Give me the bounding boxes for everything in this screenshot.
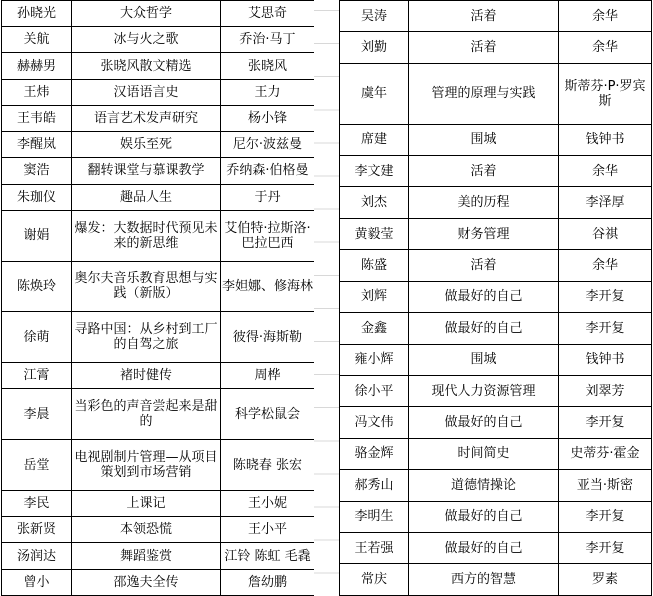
borrower-cell: 金鑫 [340, 313, 409, 344]
author-cell: 余华 [559, 1, 652, 32]
borrower-cell: 李文建 [340, 156, 409, 187]
table-row: 李民上课记王小妮 [2, 491, 315, 517]
table-row: 李晨当彩色的声音尝起来是甜的科学松鼠会 [2, 389, 315, 440]
left-book-table: 孙晓光大众哲学艾思奇关航冰与火之歌乔治·马丁赫赫男张晓风散文精选张晓风王炜汉语语… [1, 0, 315, 596]
author-cell: 艾伯特·拉斯洛·巴拉巴西 [221, 210, 315, 261]
table-row: 黄毅莹财务管理谷祺 [340, 218, 652, 249]
title-cell: 汉语语言史 [72, 79, 221, 105]
borrower-cell: 王炜 [2, 79, 72, 105]
borrower-cell: 曾小 [2, 569, 72, 595]
borrower-cell: 朱珈仪 [2, 184, 72, 210]
author-cell: 张晓风 [221, 53, 315, 79]
borrower-cell: 李晨 [2, 389, 72, 440]
title-cell: 邵逸夫全传 [72, 569, 221, 595]
title-cell: 美的历程 [409, 187, 559, 218]
author-cell: 李妲娜、修海林 [221, 261, 315, 312]
author-cell: 周桦 [221, 363, 315, 389]
borrower-cell: 孙晓光 [2, 1, 72, 27]
title-cell: 大众哲学 [72, 1, 221, 27]
author-cell: 李开复 [559, 501, 652, 532]
borrower-cell: 李醒岚 [2, 132, 72, 158]
borrower-cell: 王韦皓 [2, 105, 72, 131]
title-cell: 围城 [409, 344, 559, 375]
title-cell: 活着 [409, 156, 559, 187]
author-cell: 李开复 [559, 407, 652, 438]
table-row: 冯文伟做最好的自己李开复 [340, 407, 652, 438]
borrower-cell: 黄毅莹 [340, 218, 409, 249]
borrower-cell: 席建 [340, 124, 409, 155]
table-row: 窦浩翻转课堂与慕课教学乔纳森·伯格曼 [2, 158, 315, 184]
borrower-cell: 吴涛 [340, 1, 409, 32]
table-row: 王韦皓语言艺术发声研究杨小锋 [2, 105, 315, 131]
borrower-cell: 虞年 [340, 63, 409, 124]
title-cell: 财务管理 [409, 218, 559, 249]
borrower-cell: 陈焕玲 [2, 261, 72, 312]
author-cell: 王力 [221, 79, 315, 105]
table-row: 王若强做最好的自己李开复 [340, 532, 652, 563]
borrower-cell: 关航 [2, 27, 72, 53]
table-row: 刘杰美的历程李泽厚 [340, 187, 652, 218]
borrower-cell: 赫赫男 [2, 53, 72, 79]
table-row: 刘勤活着余华 [340, 32, 652, 63]
table-row: 汤润达舞蹈鉴赏江铃 陈虹 毛毳 [2, 543, 315, 569]
table-row: 孙晓光大众哲学艾思奇 [2, 1, 315, 27]
right-book-table: 吴涛活着余华刘勤活着余华虞年管理的原理与实践斯蒂芬·P·罗宾斯席建围城钱钟书李文… [339, 0, 652, 596]
table-row: 江霄褚时健传周桦 [2, 363, 315, 389]
table-row: 席建围城钱钟书 [340, 124, 652, 155]
borrower-cell: 郝秀山 [340, 470, 409, 501]
borrower-cell: 刘辉 [340, 281, 409, 312]
spreadsheet-table-view: 孙晓光大众哲学艾思奇关航冰与火之歌乔治·马丁赫赫男张晓风散文精选张晓风王炜汉语语… [0, 0, 653, 596]
author-cell: 刘翠芳 [559, 375, 652, 406]
table-row: 李醒岚娱乐至死尼尔·波兹曼 [2, 132, 315, 158]
spreadsheet-gutter [314, 0, 339, 596]
author-cell: 尼尔·波兹曼 [221, 132, 315, 158]
title-cell: 翻转课堂与慕课教学 [72, 158, 221, 184]
title-cell: 活着 [409, 250, 559, 281]
title-cell: 趣品人生 [72, 184, 221, 210]
table-row: 郝秀山道德情操论亚当·斯密 [340, 470, 652, 501]
title-cell: 做最好的自己 [409, 281, 559, 312]
author-cell: 李开复 [559, 532, 652, 563]
title-cell: 围城 [409, 124, 559, 155]
table-row: 谢娟爆发：大数据时代预见未来的新思维艾伯特·拉斯洛·巴拉巴西 [2, 210, 315, 261]
table-row: 金鑫做最好的自己李开复 [340, 313, 652, 344]
title-cell: 张晓风散文精选 [72, 53, 221, 79]
table-row: 曾小邵逸夫全传詹幼鹏 [2, 569, 315, 595]
author-cell: 亚当·斯密 [559, 470, 652, 501]
title-cell: 现代人力资源管理 [409, 375, 559, 406]
title-cell: 活着 [409, 32, 559, 63]
author-cell: 杨小锋 [221, 105, 315, 131]
title-cell: 活着 [409, 1, 559, 32]
author-cell: 于丹 [221, 184, 315, 210]
title-cell: 上课记 [72, 491, 221, 517]
borrower-cell: 江霄 [2, 363, 72, 389]
title-cell: 舞蹈鉴赏 [72, 543, 221, 569]
author-cell: 罗素 [559, 564, 652, 596]
author-cell: 乔治·马丁 [221, 27, 315, 53]
title-cell: 电视剧制片管理—从项目策划到市场营销 [72, 440, 221, 491]
table-row: 李明生做最好的自己李开复 [340, 501, 652, 532]
author-cell: 余华 [559, 32, 652, 63]
author-cell: 谷祺 [559, 218, 652, 249]
title-cell: 爆发：大数据时代预见未来的新思维 [72, 210, 221, 261]
table-row: 吴涛活着余华 [340, 1, 652, 32]
title-cell: 西方的智慧 [409, 564, 559, 596]
author-cell: 王小平 [221, 517, 315, 543]
table-row: 张新贤本领恐慌王小平 [2, 517, 315, 543]
title-cell: 奥尔夫音乐教育思想与实践（新版） [72, 261, 221, 312]
author-cell: 史蒂芬·霍金 [559, 438, 652, 469]
title-cell: 语言艺术发声研究 [72, 105, 221, 131]
author-cell: 陈晓春 张宏 [221, 440, 315, 491]
author-cell: 江铃 陈虹 毛毳 [221, 543, 315, 569]
table-row: 虞年管理的原理与实践斯蒂芬·P·罗宾斯 [340, 63, 652, 124]
author-cell: 乔纳森·伯格曼 [221, 158, 315, 184]
borrower-cell: 窦浩 [2, 158, 72, 184]
title-cell: 道德情操论 [409, 470, 559, 501]
table-row: 常庆西方的智慧罗素 [340, 564, 652, 596]
author-cell: 李泽厚 [559, 187, 652, 218]
borrower-cell: 李民 [2, 491, 72, 517]
author-cell: 王小妮 [221, 491, 315, 517]
table-row: 徐萌寻路中国：从乡村到工厂的自驾之旅彼得·海斯勒 [2, 312, 315, 363]
table-row: 李文建活着余华 [340, 156, 652, 187]
borrower-cell: 雍小辉 [340, 344, 409, 375]
borrower-cell: 冯文伟 [340, 407, 409, 438]
table-row: 岳堂电视剧制片管理—从项目策划到市场营销陈晓春 张宏 [2, 440, 315, 491]
title-cell: 当彩色的声音尝起来是甜的 [72, 389, 221, 440]
borrower-cell: 陈盛 [340, 250, 409, 281]
table-row: 徐小平现代人力资源管理刘翠芳 [340, 375, 652, 406]
author-cell: 詹幼鹏 [221, 569, 315, 595]
borrower-cell: 徐小平 [340, 375, 409, 406]
title-cell: 时间简史 [409, 438, 559, 469]
title-cell: 做最好的自己 [409, 501, 559, 532]
author-cell: 斯蒂芬·P·罗宾斯 [559, 63, 652, 124]
title-cell: 做最好的自己 [409, 313, 559, 344]
title-cell: 做最好的自己 [409, 407, 559, 438]
borrower-cell: 刘杰 [340, 187, 409, 218]
title-cell: 褚时健传 [72, 363, 221, 389]
title-cell: 管理的原理与实践 [409, 63, 559, 124]
borrower-cell: 李明生 [340, 501, 409, 532]
table-row: 刘辉做最好的自己李开复 [340, 281, 652, 312]
author-cell: 钱钟书 [559, 124, 652, 155]
author-cell: 钱钟书 [559, 344, 652, 375]
borrower-cell: 骆金辉 [340, 438, 409, 469]
borrower-cell: 汤润达 [2, 543, 72, 569]
author-cell: 彼得·海斯勒 [221, 312, 315, 363]
table-row: 陈盛活着余华 [340, 250, 652, 281]
table-row: 王炜汉语语言史王力 [2, 79, 315, 105]
author-cell: 余华 [559, 250, 652, 281]
author-cell: 李开复 [559, 281, 652, 312]
borrower-cell: 常庆 [340, 564, 409, 596]
title-cell: 做最好的自己 [409, 532, 559, 563]
author-cell: 艾思奇 [221, 1, 315, 27]
table-row: 赫赫男张晓风散文精选张晓风 [2, 53, 315, 79]
borrower-cell: 王若强 [340, 532, 409, 563]
borrower-cell: 张新贤 [2, 517, 72, 543]
title-cell: 冰与火之歌 [72, 27, 221, 53]
title-cell: 寻路中国：从乡村到工厂的自驾之旅 [72, 312, 221, 363]
borrower-cell: 岳堂 [2, 440, 72, 491]
author-cell: 科学松鼠会 [221, 389, 315, 440]
title-cell: 娱乐至死 [72, 132, 221, 158]
author-cell: 李开复 [559, 313, 652, 344]
borrower-cell: 刘勤 [340, 32, 409, 63]
borrower-cell: 谢娟 [2, 210, 72, 261]
title-cell: 本领恐慌 [72, 517, 221, 543]
table-row: 骆金辉时间简史史蒂芬·霍金 [340, 438, 652, 469]
table-row: 关航冰与火之歌乔治·马丁 [2, 27, 315, 53]
table-row: 雍小辉围城钱钟书 [340, 344, 652, 375]
table-row: 陈焕玲奥尔夫音乐教育思想与实践（新版）李妲娜、修海林 [2, 261, 315, 312]
table-row: 朱珈仪趣品人生于丹 [2, 184, 315, 210]
borrower-cell: 徐萌 [2, 312, 72, 363]
author-cell: 余华 [559, 156, 652, 187]
